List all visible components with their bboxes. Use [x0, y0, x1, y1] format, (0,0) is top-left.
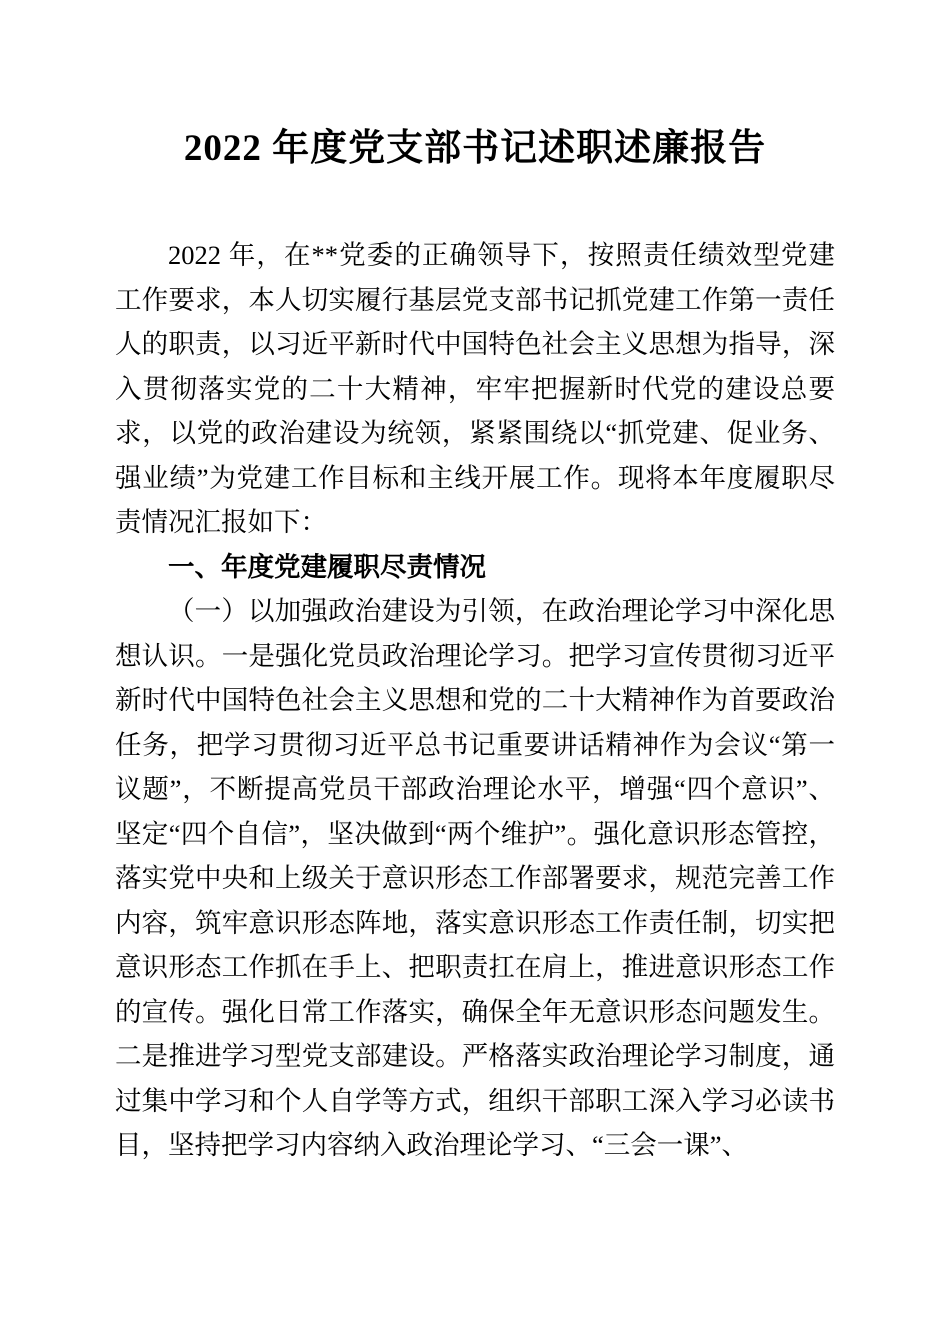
body-paragraph: 2022 年，在**党委的正确领导下，按照责任绩效型党建工作要求，本人切实履行基…	[115, 233, 835, 545]
document-title: 2022 年度党支部书记述职述廉报告	[0, 124, 950, 174]
section-heading: 一、年度党建履职尽责情况	[115, 545, 835, 590]
document-body: 2022 年，在**党委的正确领导下，按照责任绩效型党建工作要求，本人切实履行基…	[115, 233, 835, 1168]
document-page: 2022 年度党支部书记述职述廉报告 2022 年，在**党委的正确领导下，按照…	[0, 0, 950, 1344]
body-paragraph: （一）以加强政治建设为引领，在政治理论学习中深化思想认识。一是强化党员政治理论学…	[115, 589, 835, 1168]
